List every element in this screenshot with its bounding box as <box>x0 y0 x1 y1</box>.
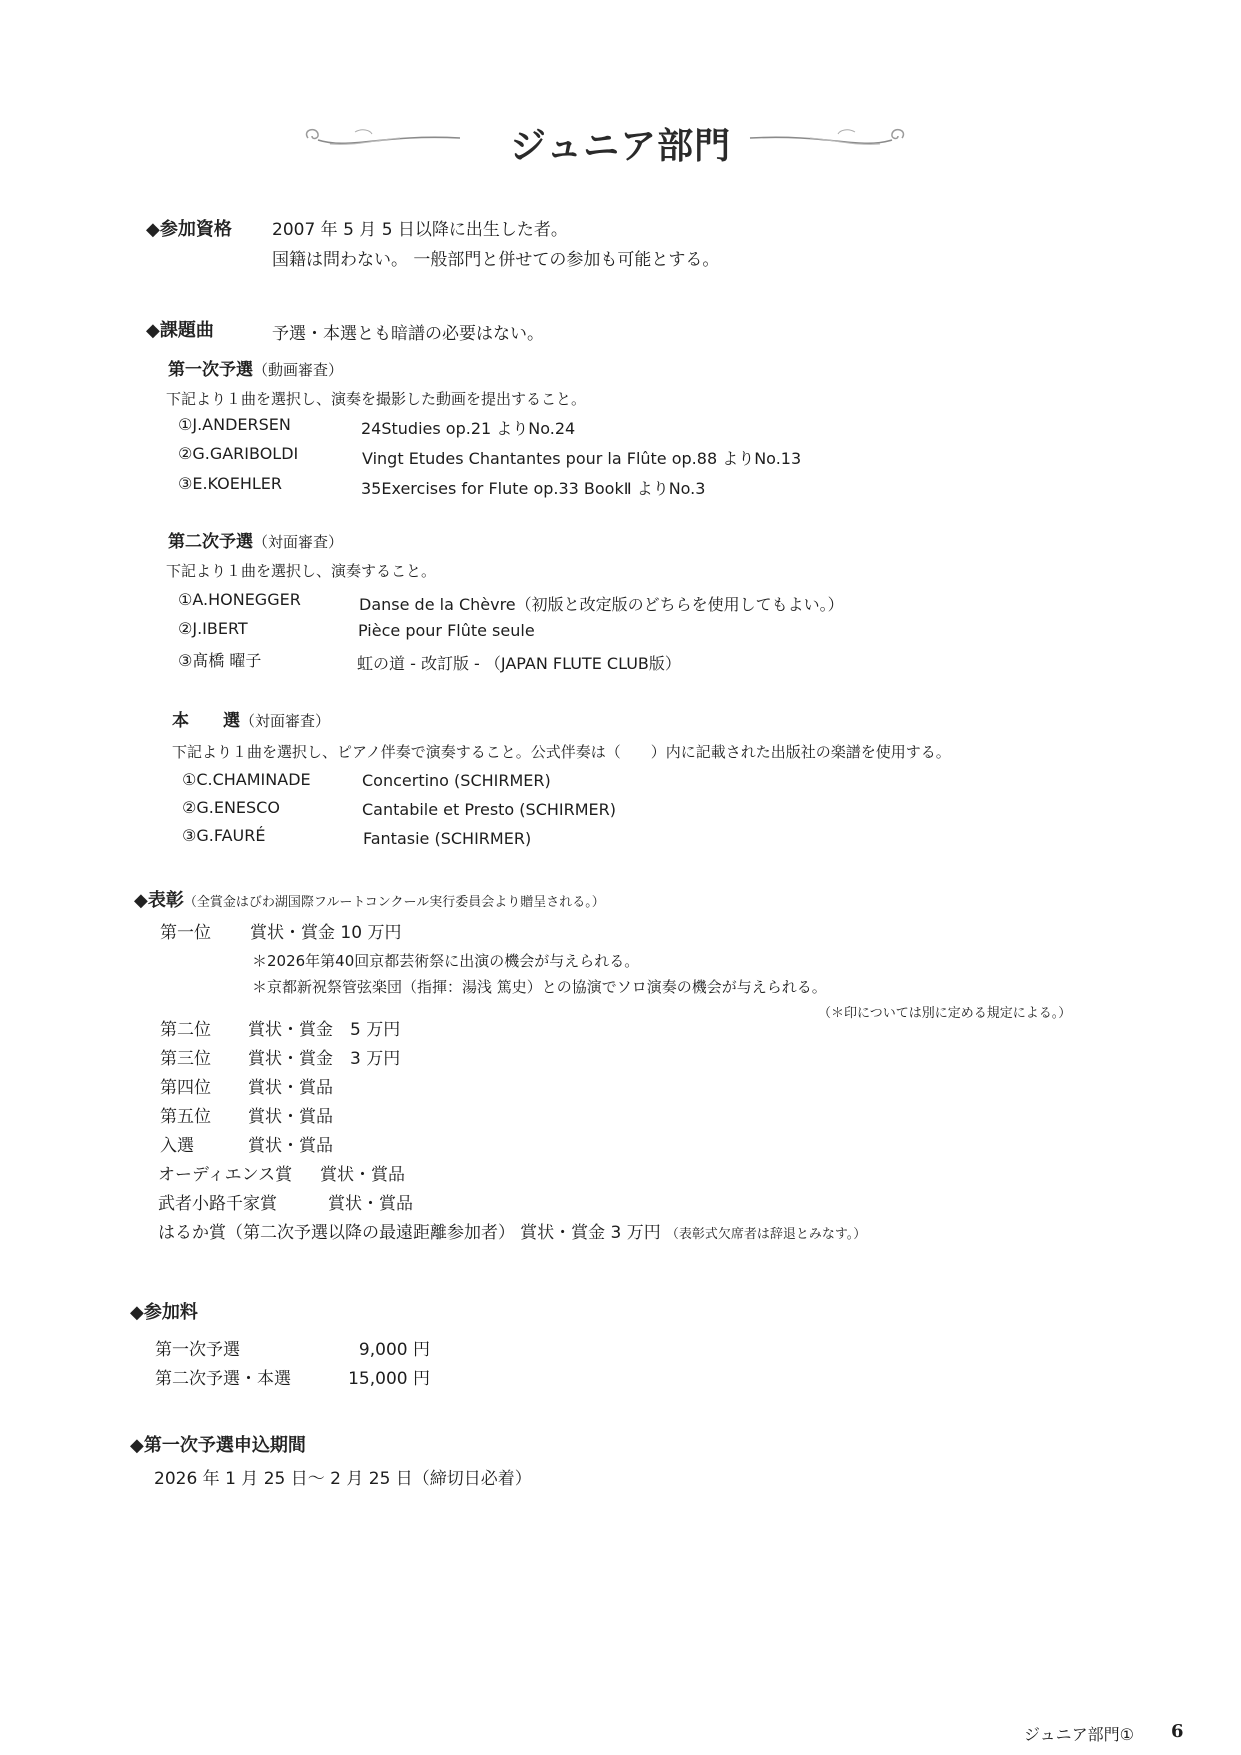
round-1-title: 第一次予選（動画審査） <box>168 355 343 380</box>
round-2-instruction: 下記より１曲を選択し、演奏すること。 <box>166 560 436 581</box>
award-3-prize: 賞状・賞金 3 万円 <box>248 1044 400 1069</box>
right-flourish-ornament <box>745 124 910 154</box>
award-5-prize: 賞状・賞品 <box>248 1102 333 1127</box>
repertoire-heading: ◆課題曲 <box>146 316 214 342</box>
footer-section-label: ジュニア部門① <box>1024 1722 1134 1745</box>
round-1-subtitle: （動画審査） <box>253 361 343 379</box>
award-honorable-rank: 入選 <box>160 1131 194 1156</box>
round-1-piece-2-composer: ②G.GARIBOLDI <box>178 444 298 463</box>
round-2-piece-2-work: Pièce pour Flûte seule <box>358 621 535 640</box>
final-piece-1-composer: ①C.CHAMINADE <box>182 770 311 789</box>
round-1-piece-3-work: 35Exercises for Flute op.33 BookⅡ よりNo.3 <box>361 476 705 499</box>
award-4-prize: 賞状・賞品 <box>248 1073 333 1098</box>
award-5-rank: 第五位 <box>160 1102 211 1127</box>
award-haruka-row: はるか賞（第二次予選以降の最遠距離参加者） 賞状・賞金 3 万円 （表彰式欠席者… <box>158 1218 866 1243</box>
final-piece-2-work: Cantabile et Presto (SCHIRMER) <box>362 800 616 819</box>
page-title: ジュニア部門 <box>0 118 1241 169</box>
award-4-rank: 第四位 <box>160 1073 211 1098</box>
award-mushakoji-rank: 武者小路千家賞 <box>158 1189 277 1214</box>
award-haruka-prize: 賞状・賞金 3 万円 <box>520 1223 661 1243</box>
award-2-rank: 第二位 <box>160 1015 211 1040</box>
round-2-piece-3-composer: ③髙橋 曜子 <box>178 648 261 671</box>
eligibility-line-1: 2007 年 5 月 5 日以降に出生した者。 <box>272 215 568 240</box>
round-2-subtitle: （対面審査） <box>253 533 343 551</box>
award-2-prize: 賞状・賞金 5 万円 <box>248 1015 400 1040</box>
final-piece-2-composer: ②G.ENESCO <box>182 798 280 817</box>
round-1-title-text: 第一次予選 <box>168 360 253 380</box>
fee-round-2-label: 第二次予選・本選 <box>155 1364 291 1389</box>
award-audience-rank: オーディエンス賞 <box>158 1160 292 1185</box>
round-1-piece-2-work: Vingt Etudes Chantantes pour la Flûte op… <box>362 446 801 469</box>
award-haruka-rank: はるか賞（第二次予選以降の最遠距離参加者） <box>158 1223 515 1243</box>
round-2-piece-1-work: Danse de la Chèvre（初版と改定版のどちらを使用してもよい。） <box>359 592 844 615</box>
awards-heading-row: ◆表彰（全賞金はびわ湖国際フルートコンクール実行委員会より贈呈される。） <box>134 886 605 912</box>
page-number: 6 <box>1171 1721 1184 1742</box>
awards-footnote: （＊印については別に定める規定による。） <box>818 1002 1071 1021</box>
eligibility-heading: ◆参加資格 <box>146 215 232 241</box>
repertoire-note: 予選・本選とも暗譜の必要はない。 <box>272 319 544 344</box>
award-haruka-note: （表彰式欠席者は辞退とみなす。） <box>666 1227 866 1242</box>
final-title: 本 選（対面審査） <box>172 706 330 731</box>
fee-round-2-amount: 15,000 円 <box>300 1364 430 1389</box>
round-1-piece-3-composer: ③E.KOEHLER <box>178 474 282 493</box>
fee-round-1-label: 第一次予選 <box>155 1335 240 1360</box>
award-first-note-2: ＊京都新祝祭管弦楽団（指揮：湯浅 篤史）との協演でソロ演奏の機会が与えられる。 <box>252 976 827 997</box>
final-instruction: 下記より１曲を選択し、ピアノ伴奏で演奏すること。公式伴奏は（ ）内に記載された出… <box>172 741 951 762</box>
award-honorable-prize: 賞状・賞品 <box>248 1131 333 1156</box>
award-audience-prize: 賞状・賞品 <box>320 1160 405 1185</box>
round-2-piece-3-work: 虹の道 - 改訂版 - （JAPAN FLUTE CLUB版） <box>357 651 681 674</box>
round-2-piece-1-composer: ①A.HONEGGER <box>178 590 301 609</box>
fee-round-1-amount: 9,000 円 <box>300 1335 430 1360</box>
application-heading: ◆第一次予選申込期間 <box>130 1431 306 1457</box>
final-subtitle: （対面審査） <box>240 712 330 730</box>
round-1-piece-1-work: 24Studies op.21 よりNo.24 <box>361 416 575 439</box>
award-3-rank: 第三位 <box>160 1044 211 1069</box>
eligibility-line-2: 国籍は問わない。 一般部門と併せての参加も可能とする。 <box>272 245 719 270</box>
application-period: 2026 年 1 月 25 日～ 2 月 25 日（締切日必着） <box>154 1464 532 1489</box>
round-2-piece-2-composer: ②J.IBERT <box>178 619 248 638</box>
round-1-instruction: 下記より１曲を選択し、演奏を撮影した動画を提出すること。 <box>166 388 586 409</box>
awards-heading-note: （全賞金はびわ湖国際フルートコンクール実行委員会より贈呈される。） <box>184 895 605 910</box>
round-1-piece-1-composer: ①J.ANDERSEN <box>178 415 291 434</box>
final-title-text: 本 選 <box>172 711 240 731</box>
awards-heading: ◆表彰 <box>134 890 184 911</box>
award-mushakoji-prize: 賞状・賞品 <box>328 1189 413 1214</box>
round-2-title-text: 第二次予選 <box>168 532 253 552</box>
award-first-note-1: ＊2026年第40回京都芸術祭に出演の機会が与えられる。 <box>252 950 639 971</box>
award-first-rank: 第一位 <box>160 918 211 943</box>
award-first-prize: 賞状・賞金 10 万円 <box>250 918 401 943</box>
round-2-title: 第二次予選（対面審査） <box>168 527 343 552</box>
final-piece-1-work: Concertino (SCHIRMER) <box>362 771 551 790</box>
final-piece-3-composer: ③G.FAURÉ <box>182 826 265 845</box>
final-piece-3-work: Fantasie (SCHIRMER) <box>363 829 531 848</box>
fees-heading: ◆参加料 <box>130 1298 198 1324</box>
